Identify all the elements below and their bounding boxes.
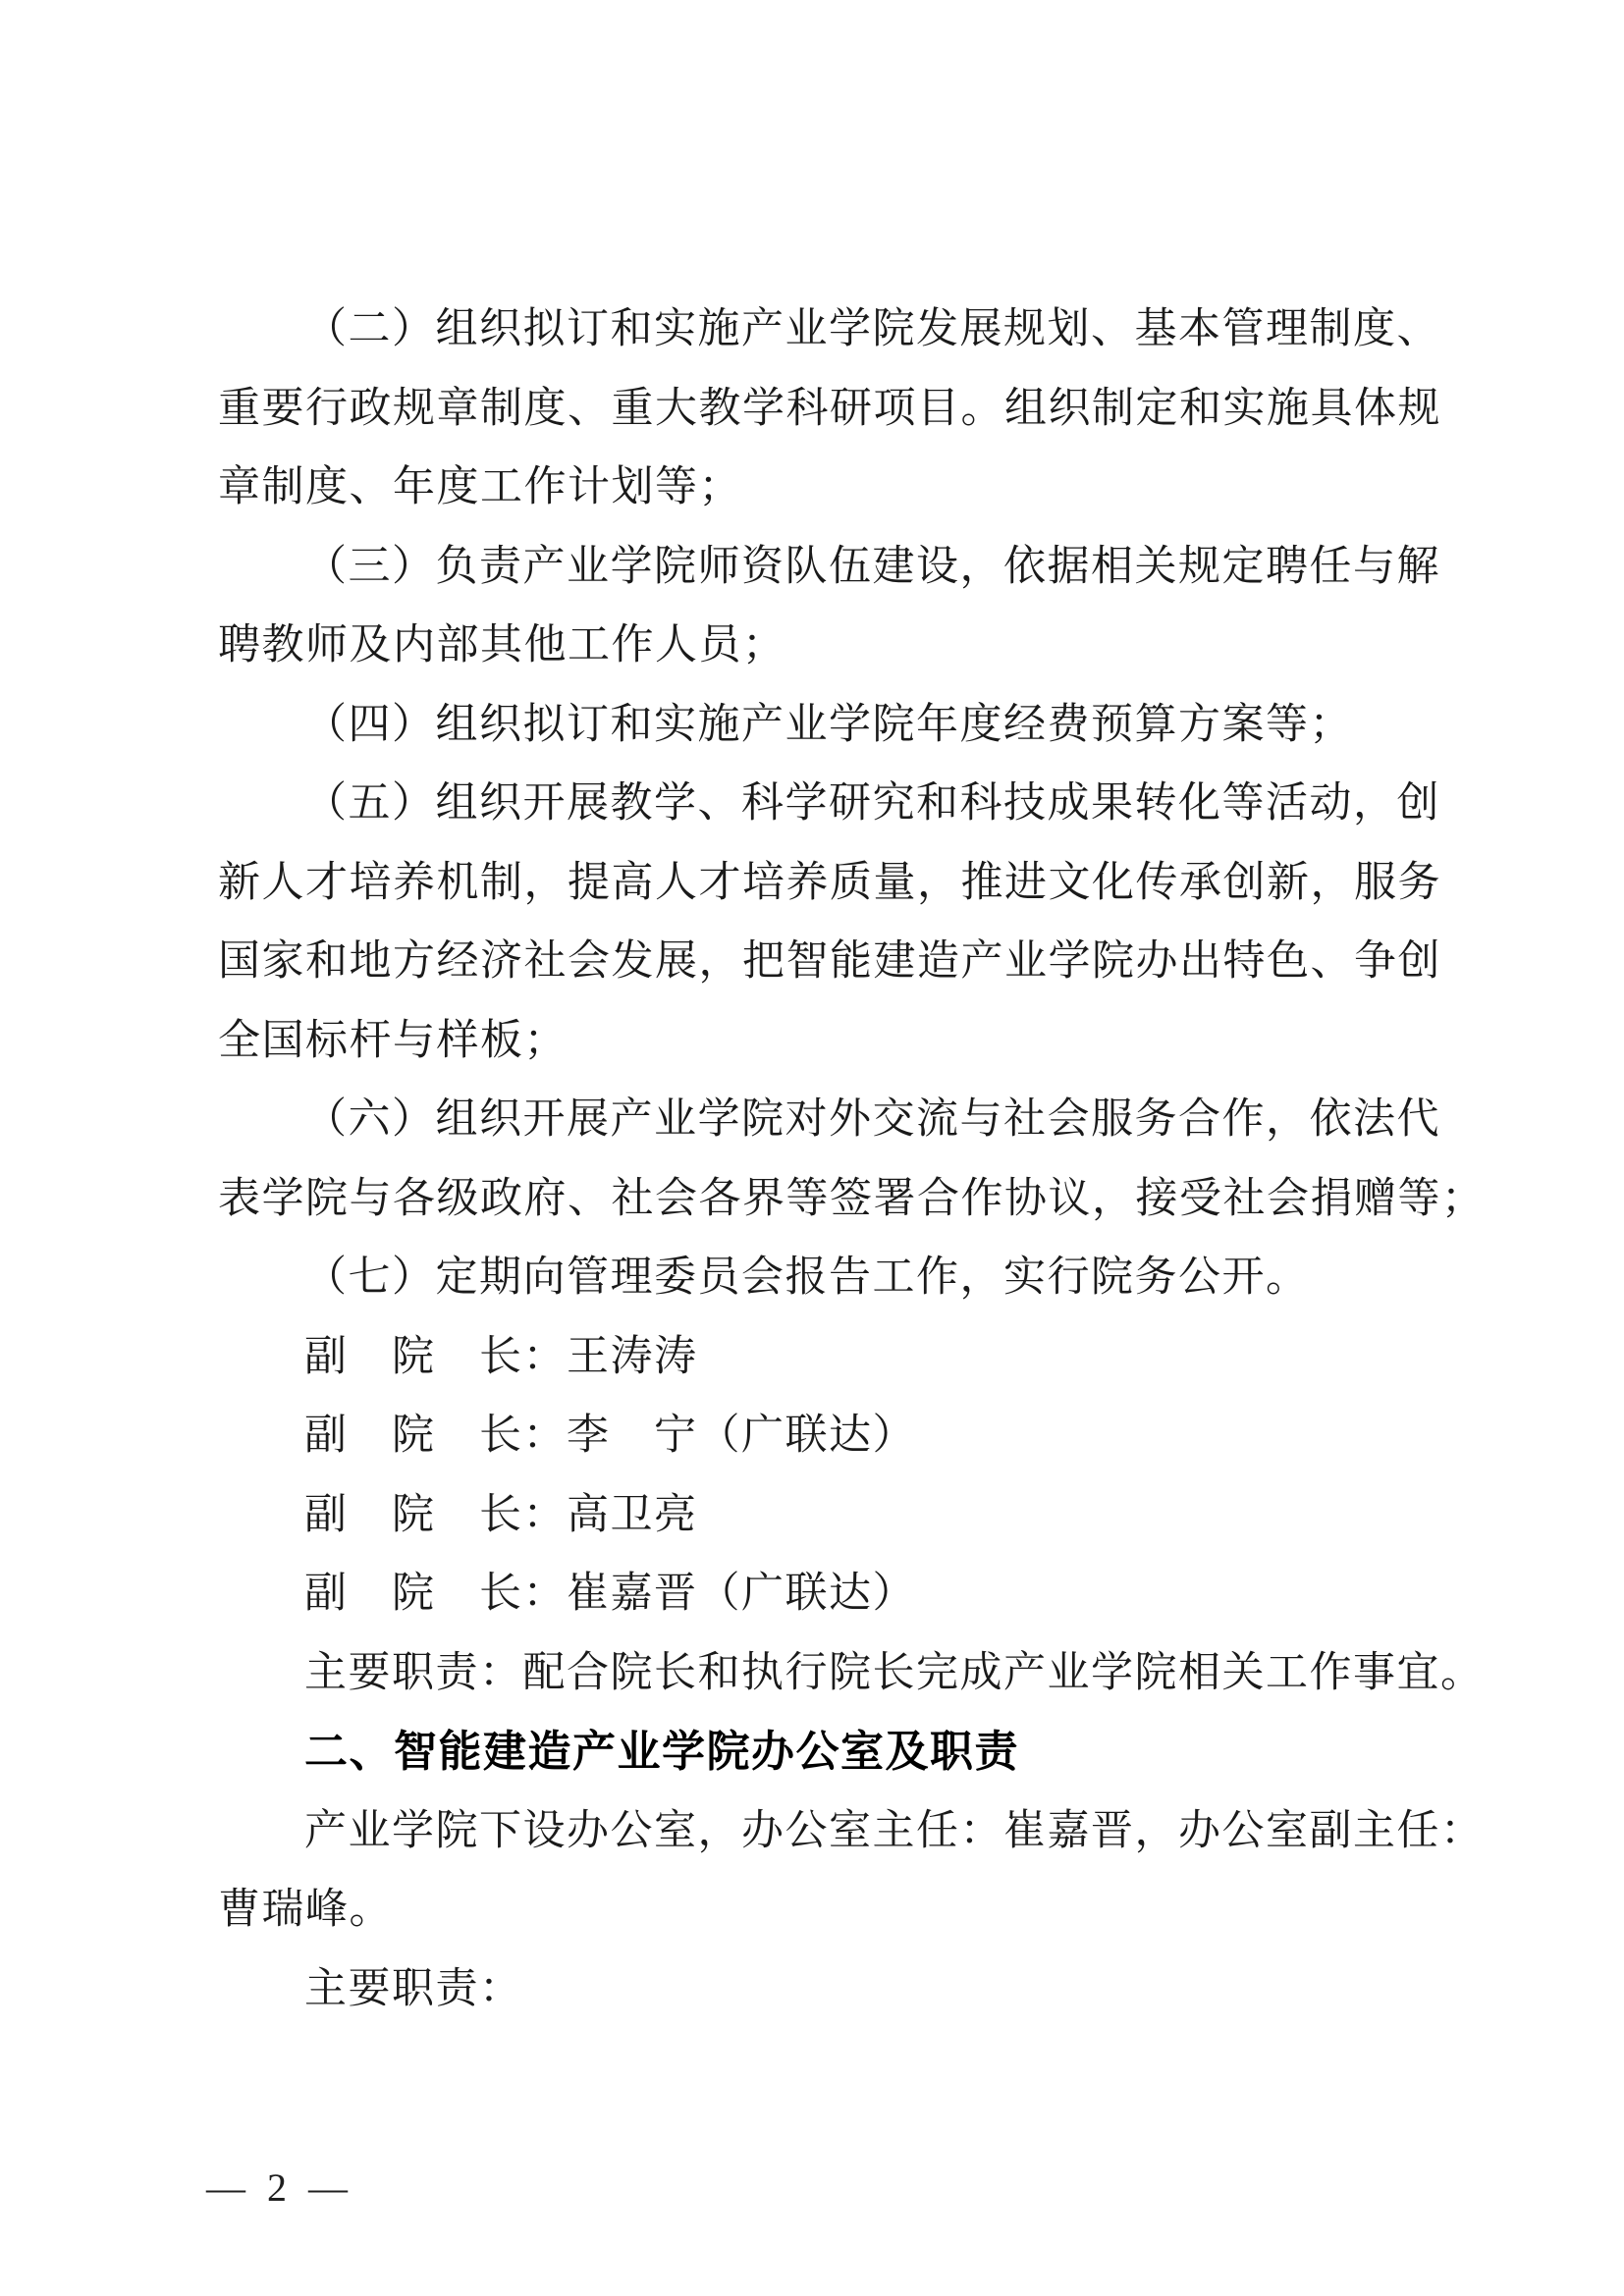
page-number: — 2 — bbox=[206, 2162, 353, 2215]
doc-line: （六）组织开展产业学院对外交流与社会服务合作，依法代 bbox=[218, 1081, 1429, 1160]
doc-line: 主要职责：配合院长和执行院长完成产业学院相关工作事宜。 bbox=[218, 1634, 1429, 1714]
doc-line: 国家和地方经济社会发展，把智能建造产业学院办出特色、争创 bbox=[218, 923, 1429, 1002]
doc-line: （四）组织拟订和实施产业学院年度经费预算方案等； bbox=[218, 686, 1429, 766]
doc-line: （三）负责产业学院师资队伍建设，依据相关规定聘任与解 bbox=[218, 528, 1429, 608]
doc-line: 产业学院下设办公室，办公室主任：崔嘉晋，办公室副主任： bbox=[218, 1792, 1429, 1872]
doc-line: 章制度、年度工作计划等； bbox=[218, 449, 1429, 528]
doc-line: 表学院与各级政府、社会各界等签署合作协议，接受社会捐赠等； bbox=[218, 1160, 1429, 1240]
doc-line: 重要行政规章制度、重大教学科研项目。组织制定和实施具体规 bbox=[218, 370, 1429, 450]
document-body: （二）组织拟订和实施产业学院发展规划、基本管理制度、 重要行政规章制度、重大教学… bbox=[218, 291, 1429, 2029]
doc-line-vice-president: 副 院 长：李 宁（广联达） bbox=[218, 1397, 1429, 1476]
doc-line: （七）定期向管理委员会报告工作，实行院务公开。 bbox=[218, 1239, 1429, 1318]
document-page: （二）组织拟订和实施产业学院发展规划、基本管理制度、 重要行政规章制度、重大教学… bbox=[0, 0, 1624, 2296]
doc-line: 全国标杆与样板； bbox=[218, 1002, 1429, 1082]
doc-line: 曹瑞峰。 bbox=[218, 1871, 1429, 1950]
doc-line-vice-president: 副 院 长：王涛涛 bbox=[218, 1318, 1429, 1398]
doc-line: 主要职责： bbox=[218, 1950, 1429, 2030]
section-heading: 二、智能建造产业学院办公室及职责 bbox=[218, 1713, 1429, 1792]
doc-line: （二）组织拟订和实施产业学院发展规划、基本管理制度、 bbox=[218, 291, 1429, 370]
doc-line-vice-president: 副 院 长：高卫亮 bbox=[218, 1476, 1429, 1556]
doc-line: （五）组织开展教学、科学研究和科技成果转化等活动，创 bbox=[218, 765, 1429, 844]
doc-line: 新人才培养机制，提高人才培养质量，推进文化传承创新，服务 bbox=[218, 844, 1429, 924]
doc-line: 聘教师及内部其他工作人员； bbox=[218, 607, 1429, 686]
doc-line-vice-president: 副 院 长：崔嘉晋（广联达） bbox=[218, 1555, 1429, 1634]
